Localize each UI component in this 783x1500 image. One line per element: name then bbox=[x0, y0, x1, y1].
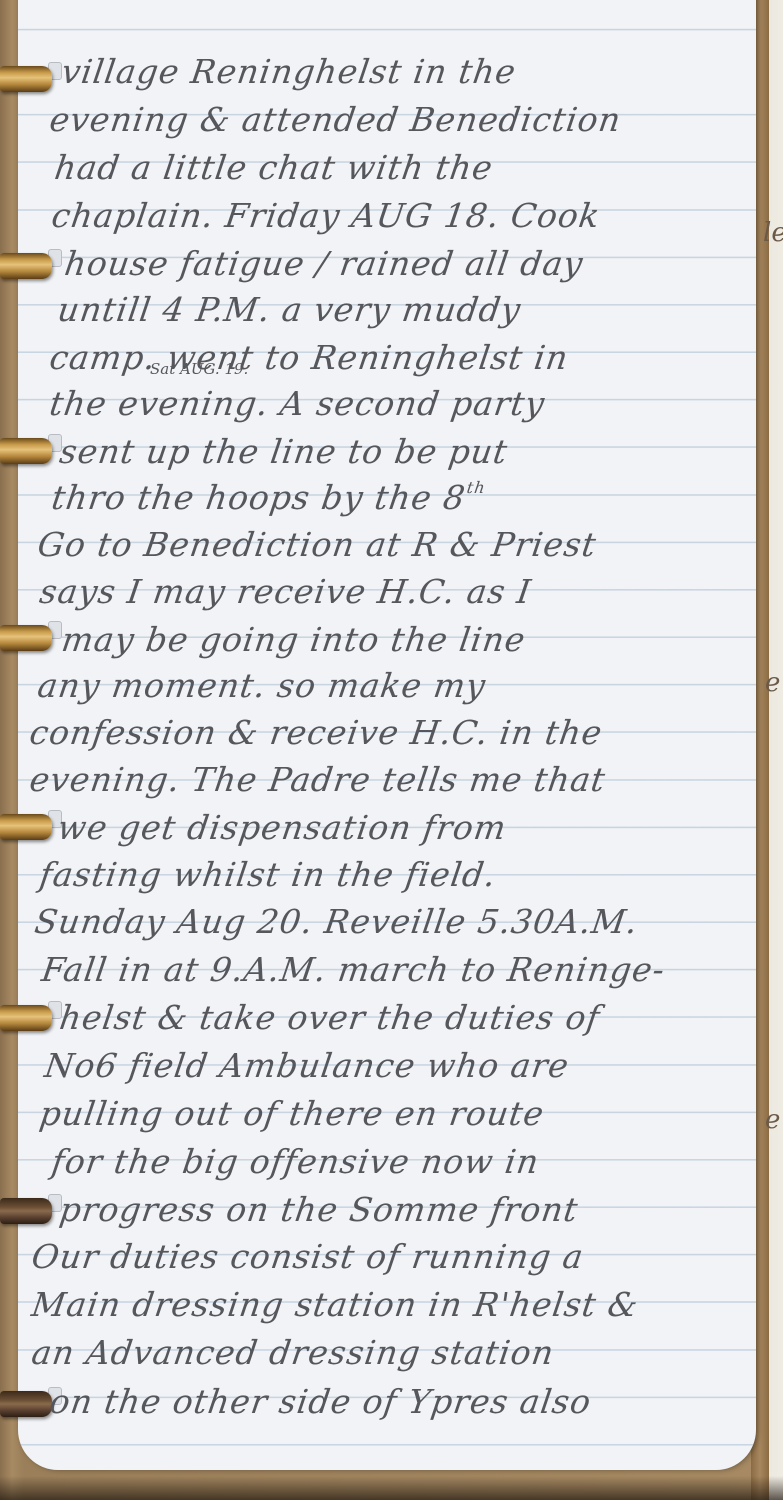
page-shadow bbox=[0, 1476, 783, 1500]
diary-line: we get dispensation from bbox=[55, 808, 509, 847]
diary-line: any moment. so make my bbox=[35, 666, 488, 705]
diary-line: an Advanced dressing station bbox=[29, 1333, 557, 1372]
diary-line: evening & attended Benediction bbox=[47, 100, 624, 139]
diary-line: for the big offensive now in bbox=[49, 1142, 542, 1181]
diary-line: confession & receive H.C. in the bbox=[27, 713, 605, 752]
diary-line: Sunday Aug 20. Reveille 5.30A.M. bbox=[32, 902, 641, 941]
diary-line: Our duties consist of running a bbox=[29, 1237, 586, 1276]
diary-line: No6 field Ambulance who are bbox=[42, 1046, 571, 1085]
diary-line: thro the hoops by the 8th bbox=[49, 478, 487, 517]
diary-line: sent up the line to be put bbox=[57, 432, 510, 471]
diary-text: village Reninghelst in the evening & att… bbox=[0, 0, 783, 1500]
diary-line: untill 4 P.M. a very muddy bbox=[55, 290, 523, 329]
diary-line: fasting whilst in the field. bbox=[37, 855, 499, 894]
diary-line: progress on the Somme front bbox=[57, 1190, 581, 1229]
diary-line: house fatigue / rained all day bbox=[62, 244, 586, 283]
diary-line: camp. went to Reninghelst in bbox=[47, 338, 571, 377]
diary-line: may be going into the line bbox=[59, 620, 528, 659]
superscript: th bbox=[466, 478, 487, 497]
diary-line: had a little chat with the bbox=[52, 148, 495, 187]
diary-line: evening. The Padre tells me that bbox=[27, 760, 608, 799]
diary-line: Go to Benediction at R & Priest bbox=[35, 525, 599, 564]
diary-line: helst & take over the duties of bbox=[57, 998, 602, 1037]
diary-line: says I may receive H.C. as I bbox=[37, 572, 534, 611]
diary-line: Fall in at 9.A.M. march to Reninge- bbox=[39, 950, 668, 989]
diary-line: pulling out of there en route bbox=[37, 1094, 547, 1133]
diary-line: Main dressing station in R'helst & bbox=[29, 1285, 641, 1324]
diary-line: chaplain. Friday AUG 18. Cook bbox=[49, 196, 603, 235]
diary-line: village Reninghelst in the bbox=[59, 52, 519, 91]
diary-line: on the other side of Ypres also bbox=[47, 1382, 594, 1421]
date-annotation: Sat AUG. 19. bbox=[150, 360, 248, 378]
diary-line: the evening. A second party bbox=[47, 384, 547, 423]
